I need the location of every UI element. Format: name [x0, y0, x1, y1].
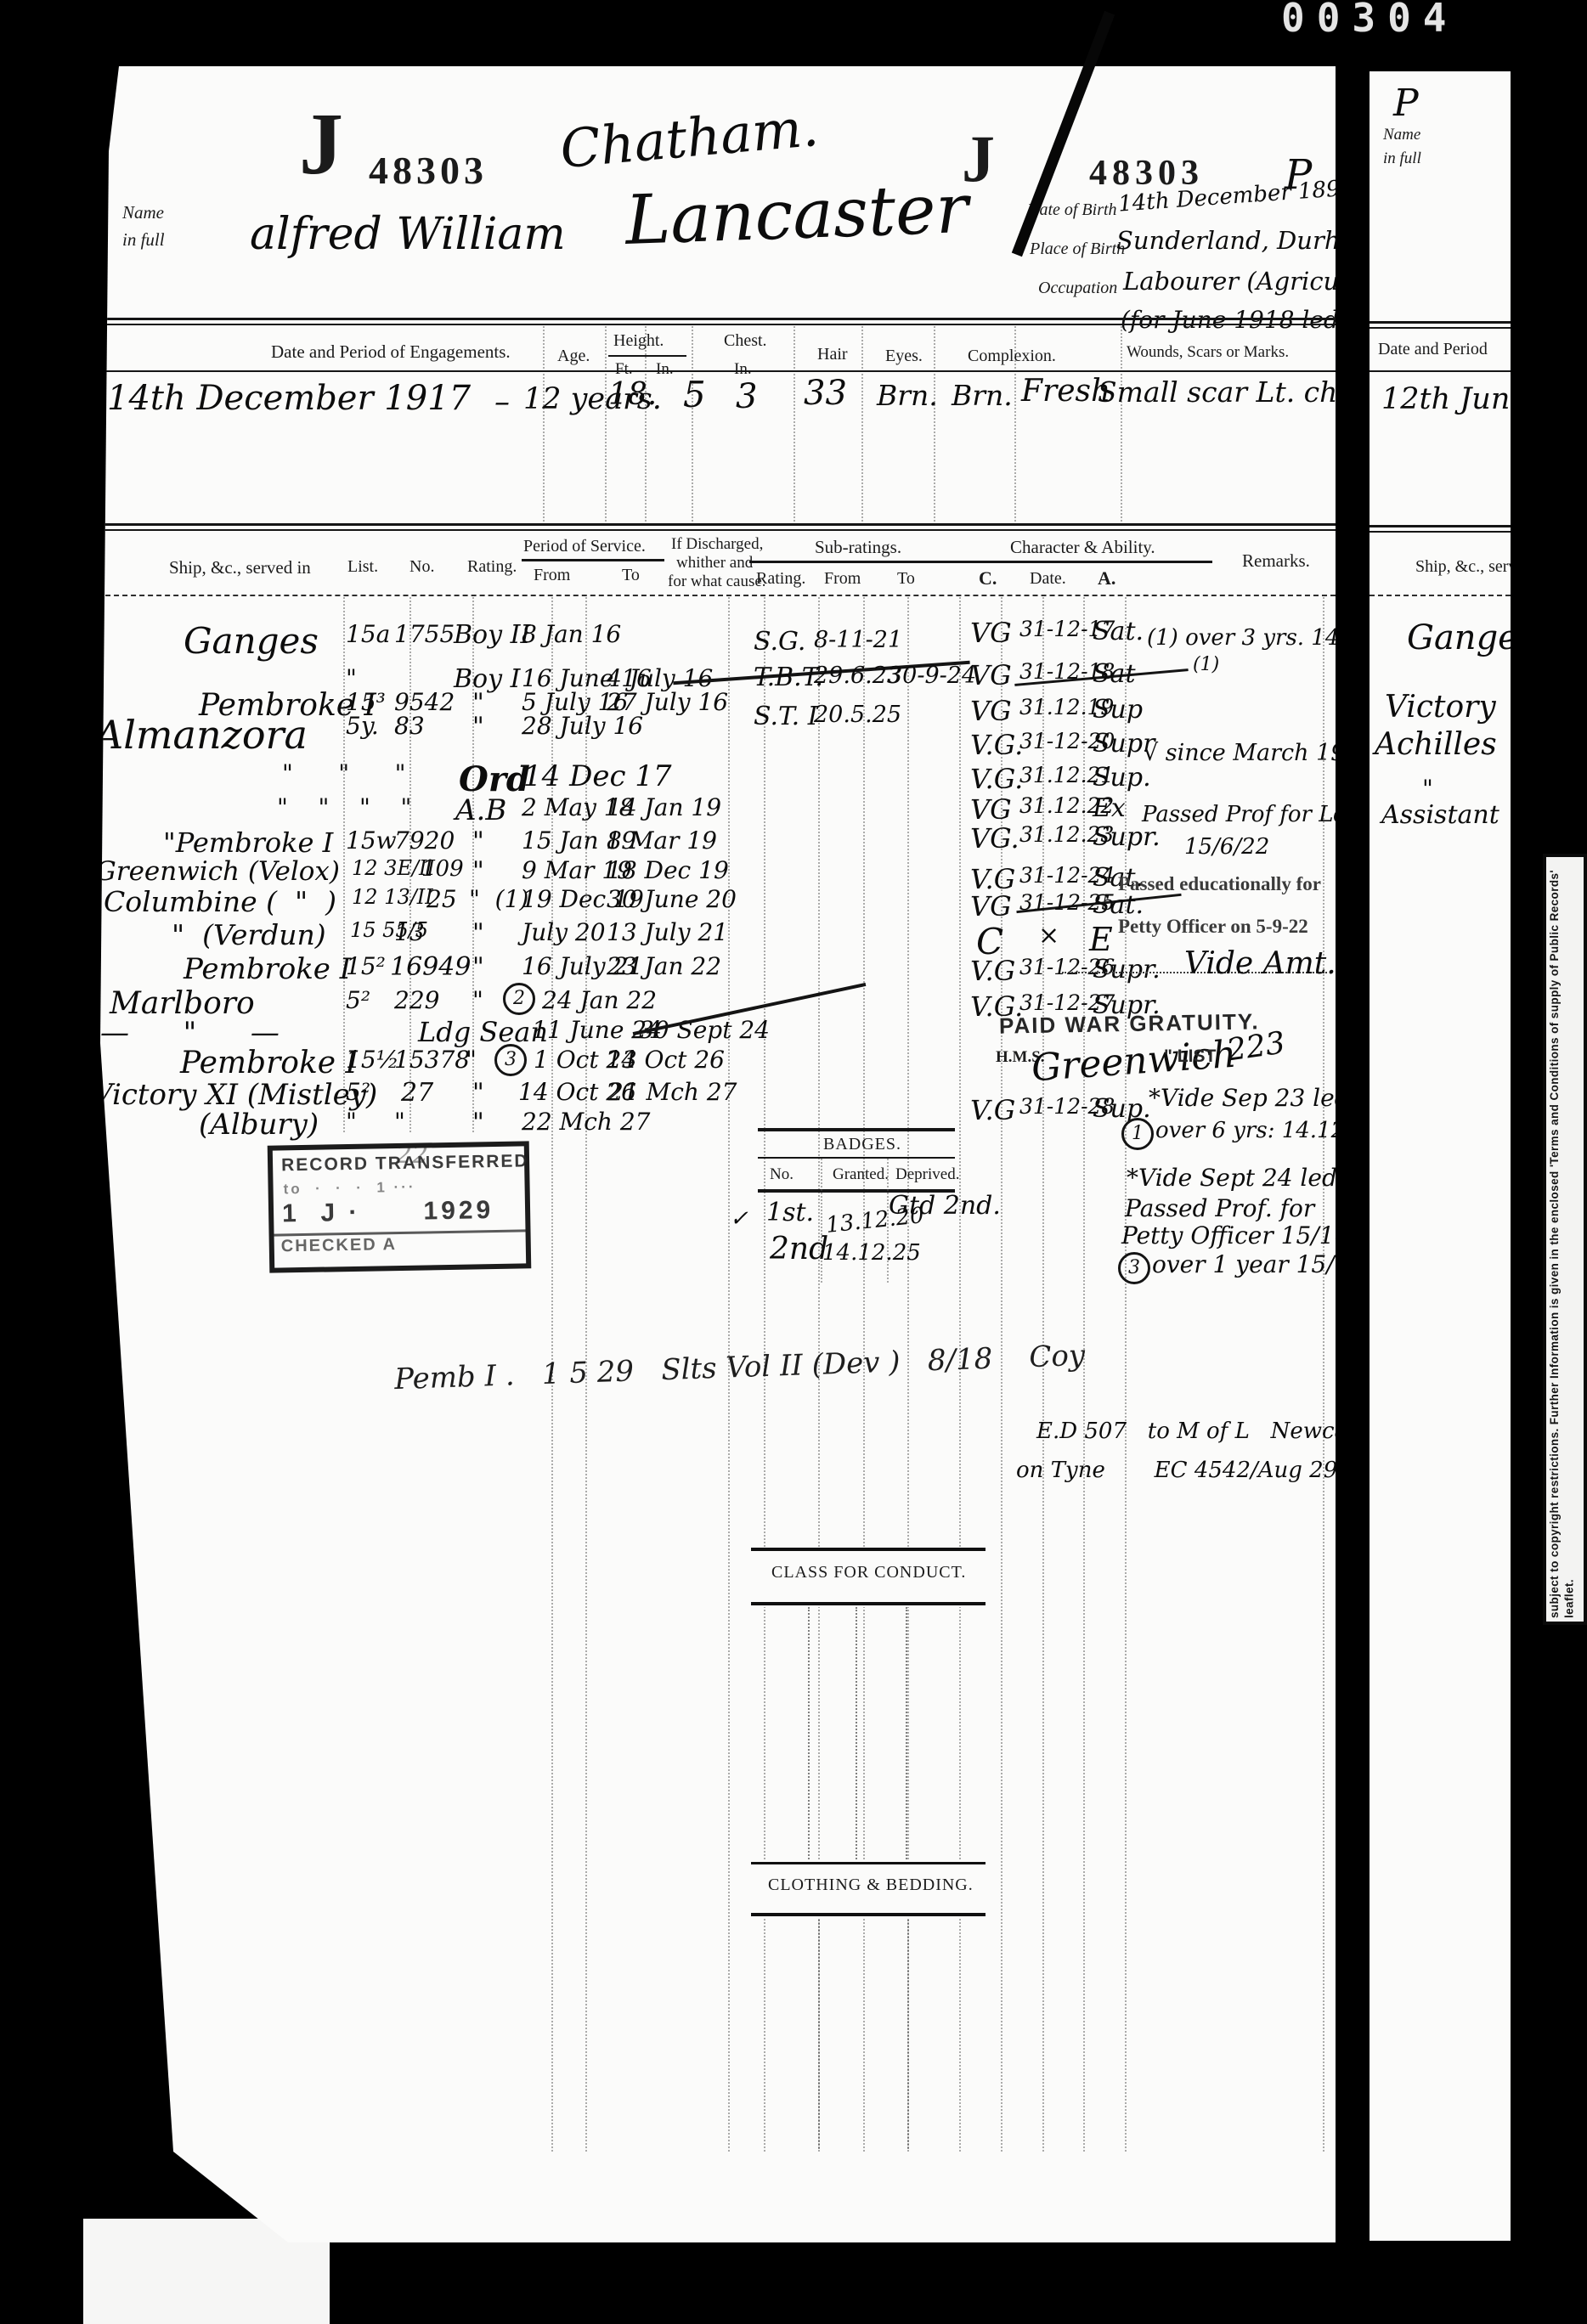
rating-col-header: Rating. [467, 557, 517, 577]
remark: (1) over 3 yrs. 14-12-20 [1147, 625, 1336, 651]
badge-deprived: Gtd 2nd. [889, 1191, 1001, 1221]
badges-title: BADGES. [823, 1135, 901, 1154]
no-col-header: No. [409, 557, 434, 577]
subratings-header: Sub-ratings. [815, 537, 901, 558]
ed-annotation-line2: on Tyne EC 4542/Aug 29 [1016, 1458, 1336, 1483]
remark: √ since March 1921 [1144, 740, 1336, 766]
remark: *Vide Sep 23 ledger [1149, 1084, 1336, 1112]
engagement-date: 14th December 1917 [107, 379, 471, 418]
char-a-header: A. [1098, 567, 1115, 589]
period-from-header: From [534, 566, 570, 585]
place-of-birth-value: Sunderland, Durham [1116, 226, 1336, 255]
name-label-line1: Name [122, 202, 164, 223]
char-a: Sat. [1093, 617, 1144, 646]
ship-name: Pembroke I [180, 1046, 358, 1080]
char-a: E [1089, 921, 1113, 958]
stamp-line: RECORD TRANSFERRED [281, 1151, 529, 1176]
character-ability-header: Character & Ability. [1010, 537, 1155, 558]
char-c: V.G. [970, 763, 1023, 795]
class-for-conduct-title: CLASS FOR CONDUCT. [771, 1563, 966, 1582]
remark: over 6 yrs: 14.12.23 [1155, 1118, 1336, 1143]
char-c: VG [970, 695, 1012, 727]
age-col-header: Age. [557, 347, 590, 366]
no-value: 15378 [394, 1046, 470, 1074]
mid-annotation: Pemb I . 1 5 29 Slts Vol II (Dev ) 8/18 … [394, 1339, 1086, 1396]
record-page: J 48303 Chatham. Name in full alfred Wil… [88, 66, 1336, 2242]
eyes-value: Brn. [952, 379, 1013, 412]
engagement-date: 12th June [1381, 382, 1511, 416]
height-in-header: In. [656, 360, 674, 379]
rating-value: " [466, 1046, 477, 1074]
adjacent-record-page: P Name in full Date and Period 12th June… [1370, 71, 1511, 2241]
period-of-service-header: Period of Service. [523, 537, 646, 556]
character-row: V.G 31-12-26 Supr. [88, 955, 1336, 992]
wounds-value: Small scar Lt. cheek. [1098, 375, 1336, 409]
eyes-col-header: Eyes. [885, 347, 923, 366]
char-c: VG [970, 659, 1012, 691]
sub-to-header: To [897, 569, 915, 589]
ship-col-header: Ship, &c., served in [169, 557, 311, 578]
sub-from-header: From [824, 569, 861, 589]
name-label-line1: Name [1383, 126, 1420, 144]
badges-no-header: No. [770, 1165, 793, 1184]
name-label-line2: in full [1383, 149, 1421, 168]
char-a: Sat [1093, 659, 1136, 689]
engagements-col-header: Date and Period [1378, 340, 1488, 359]
official-number-stamp-prefix: J [299, 100, 343, 189]
copyright-notice-text: subject to copyright restrictions. Furth… [1546, 857, 1584, 1622]
name-in-full-surname: Lancaster [624, 169, 970, 260]
remark: *Vide Sept 24 ledger [1127, 1164, 1336, 1192]
stamp-line: 1 J · 1929 [282, 1196, 494, 1228]
ed-annotation-line1: E.D 507 to M of L Newcastle [1036, 1419, 1336, 1444]
engagement-dash: – [494, 385, 510, 420]
hair-value: Brn. [877, 379, 938, 412]
discharged-header-1: If Discharged, [671, 535, 763, 554]
remark-stamped: Passed educationally for [1118, 873, 1321, 895]
char-c: VG [970, 793, 1012, 826]
record-transferred-stamp: RECORD TRANSFERRED to · · · 1 ··· 1 J · … [268, 1141, 532, 1272]
char-x: × [1038, 921, 1059, 950]
port-mark: P [1393, 82, 1419, 125]
list-col-header: List. [347, 557, 378, 577]
char-a: Supr. [1093, 955, 1161, 984]
film-serial-number: 00304 [1281, 0, 1458, 41]
chest-in-header: In. [734, 360, 752, 379]
circled-number: 3 [1118, 1252, 1150, 1284]
char-c: VG [970, 617, 1012, 649]
badge-no: 2nd [770, 1232, 828, 1266]
char-c: V.G. [970, 729, 1023, 761]
period-to-header: To [622, 566, 640, 585]
remark: Vide Amt. [1184, 946, 1336, 981]
circled-number: 1 [1121, 1118, 1154, 1150]
copyright-strip: subject to copyright restrictions. Furth… [1543, 854, 1587, 1625]
port-division-handwritten: Chatham. [557, 96, 821, 180]
height-ft-value: 5 [683, 374, 706, 415]
badge-granted: 14.12.25 [822, 1240, 921, 1266]
occupation-value: Labourer (Agricultural) [1123, 267, 1336, 296]
remark: Petty Officer 15/10/25 [1121, 1221, 1336, 1249]
stamp-line: CHECKED A [281, 1235, 398, 1256]
remark: (1) [1193, 654, 1219, 675]
remark-stamped: Petty Officer on 5-9-22 [1118, 916, 1308, 938]
character-row: VG 31-12-18 Sat [88, 659, 1336, 697]
name-in-full-first: alfred William [250, 209, 566, 260]
ship-name: Ganges [1407, 618, 1511, 657]
stamp-line: to · · · 1 ··· [283, 1179, 415, 1199]
badges-deprived-header: Deprived. [895, 1165, 959, 1184]
remark: Passed Prof. for [1125, 1194, 1314, 1222]
character-row: VG 31.12.19 Sup [88, 695, 1336, 732]
official-number-stamp-prefix-2: J [962, 126, 995, 192]
height-in-value: 3 [736, 377, 757, 416]
ditto-mark: " [1422, 775, 1433, 803]
char-c: V.G [970, 1094, 1015, 1126]
hair-col-header: Hair [817, 345, 848, 364]
discharged-header-3: for what cause. [668, 573, 766, 591]
char-c: VG. [970, 822, 1019, 855]
official-number-stamp: 48303 [369, 148, 488, 193]
circled-number: 3 [494, 1044, 527, 1076]
chest-value: 33 [804, 374, 847, 413]
height-ft-header: Ft. [615, 360, 633, 379]
wounds-col-header: Wounds, Scars or Marks. [1127, 343, 1289, 362]
ship-name: Victory [1385, 690, 1496, 725]
char-a: Ex [1093, 793, 1126, 823]
char-a: Sup. [1093, 763, 1151, 793]
badge-no: 1st. [766, 1198, 814, 1227]
clothing-bedding-title: CLOTHING & BEDDING. [768, 1876, 974, 1895]
char-a: Sup [1093, 695, 1143, 725]
occupation-label: Occupation [1038, 279, 1117, 298]
character-row: VG. 31.12.23 Supr. [88, 822, 1336, 860]
char-c: VG [970, 890, 1012, 922]
to-date: 13 Oct 26 [607, 1046, 725, 1074]
engagements-col-header: Date and Period of Engagements. [271, 341, 511, 363]
list-value: 15½ [346, 1046, 399, 1074]
discharged-header-2: whither and [676, 554, 753, 573]
char-c: V.G [970, 955, 1015, 987]
height-col-header: Height. [613, 331, 664, 351]
remark: 15/6/22 [1184, 834, 1269, 860]
char-c-header: C. [979, 567, 997, 589]
sub-rating-header: Rating. [756, 569, 805, 589]
char-date-header: Date. [1030, 569, 1066, 589]
chest-col-header: Chest. [724, 331, 767, 351]
rating-note: Assistant [1381, 800, 1499, 830]
remark: over 1 year 15/10/25 [1152, 1250, 1336, 1278]
list-label: " LIST [1164, 1046, 1216, 1067]
complexion-col-header: Complexion. [968, 347, 1056, 366]
place-of-birth-label: Place of Birth [1030, 240, 1125, 259]
engagement-age: 18. [608, 377, 657, 412]
ship-name: Achilles [1375, 727, 1497, 762]
name-label-line2: in full [122, 229, 165, 251]
badges-granted-header: Granted. [833, 1165, 889, 1184]
remark: Passed Prof for Ldg Sea [1142, 802, 1336, 827]
remarks-header: Remarks. [1242, 550, 1310, 572]
class-for-conduct-box: CLASS FOR CONDUCT. [751, 1548, 986, 1607]
badge-check: ✓ [730, 1206, 748, 1232]
clothing-bedding-box: CLOTHING & BEDDING. [751, 1860, 986, 1918]
ship-col-header: Ship, &c., served in [1415, 557, 1511, 577]
